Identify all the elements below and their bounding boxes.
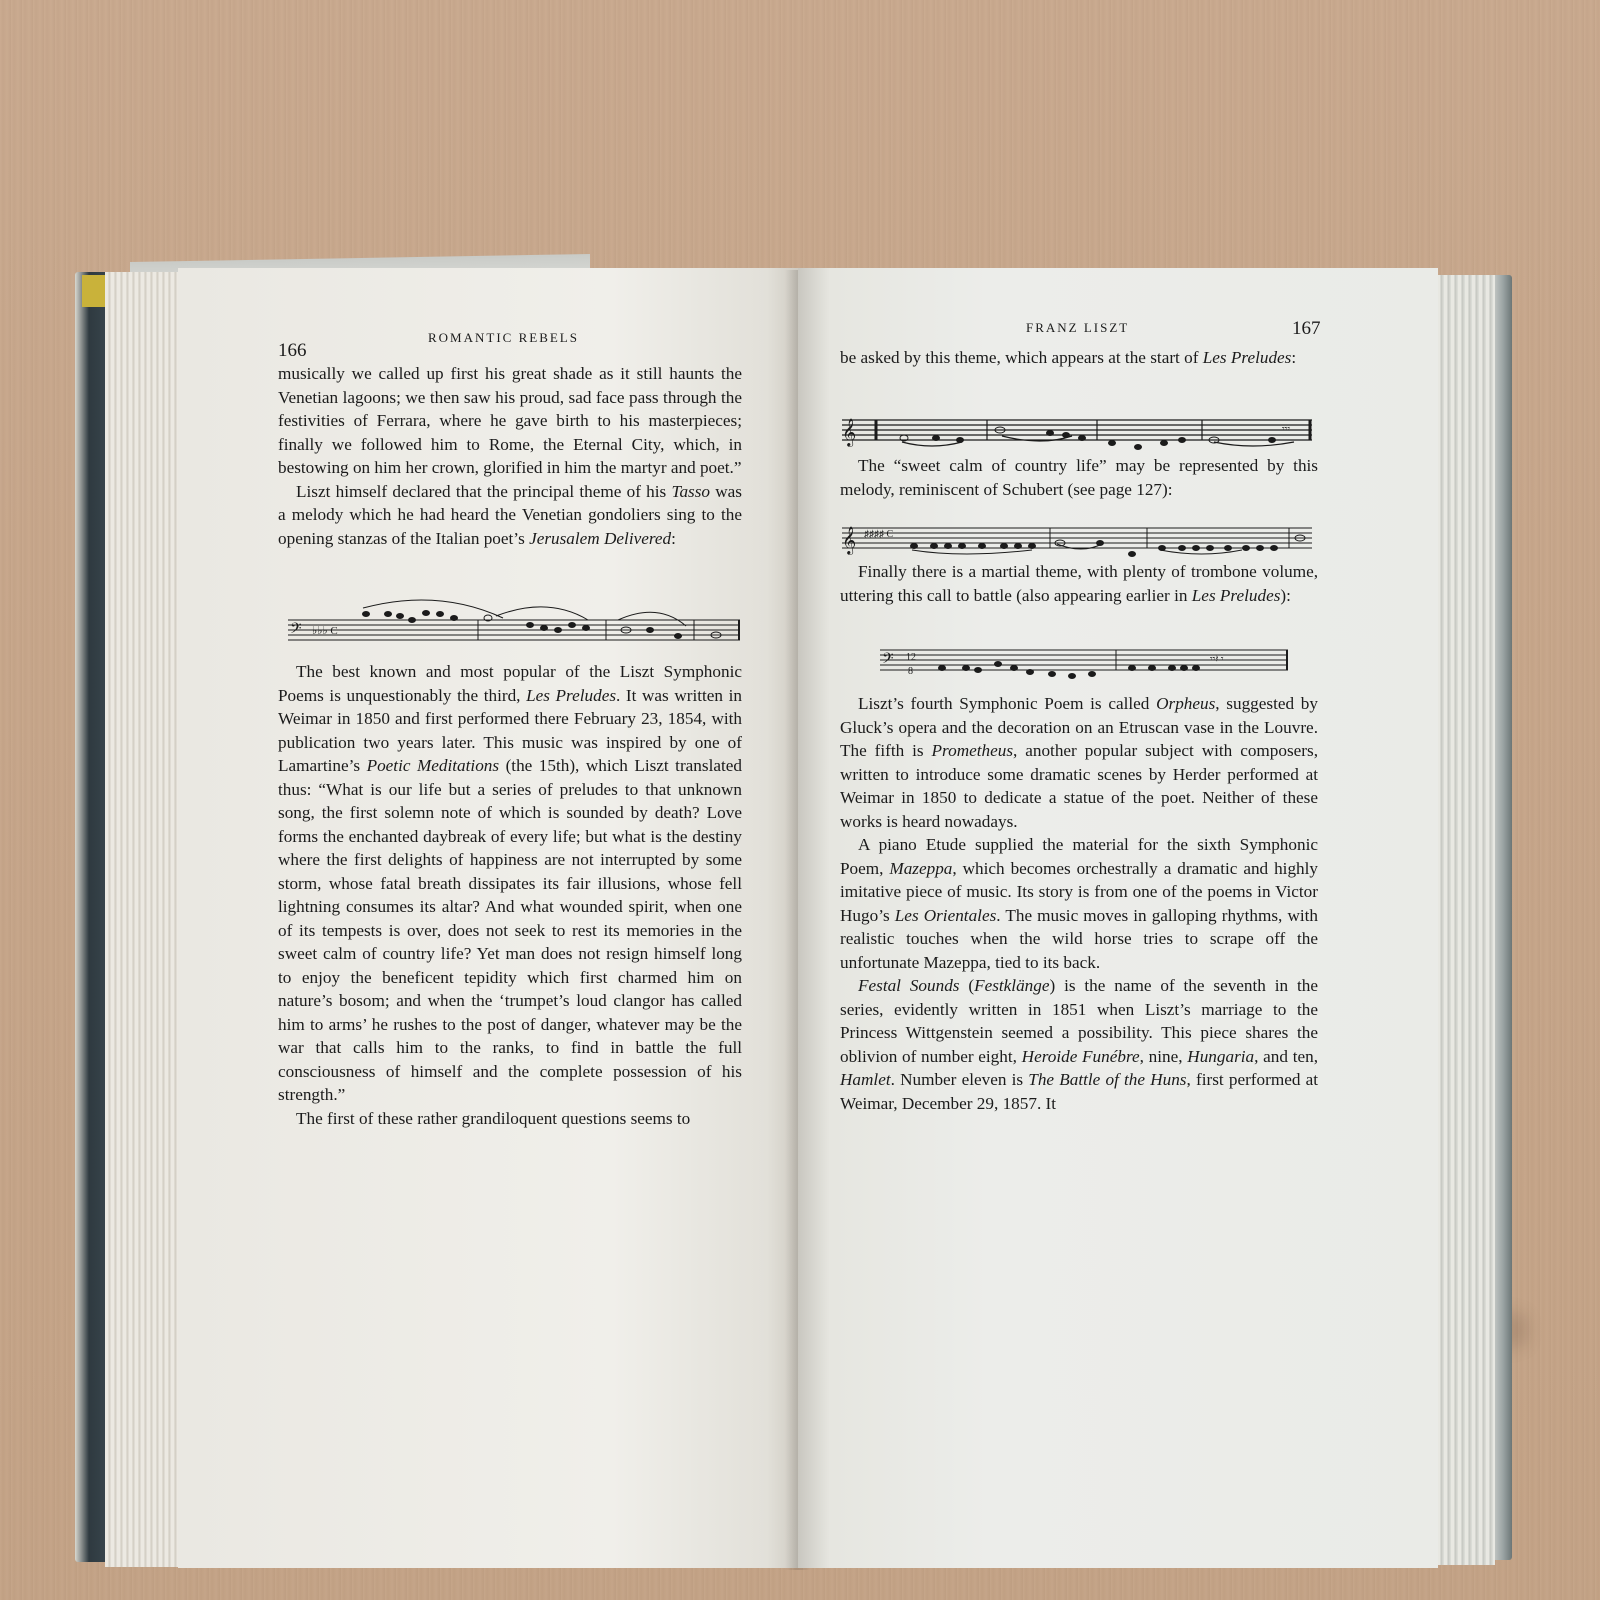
svg-text:♭♭♭ C: ♭♭♭ C (312, 625, 338, 637)
paragraph-les-preludes: The best known and most popular of the L… (278, 660, 742, 1107)
music-example-country-life: 𝄞 ♯♯♯♯ C (842, 524, 1312, 550)
svg-text:12: 12 (906, 652, 916, 663)
svg-text:𝄾𝄾𝄾: 𝄾𝄾𝄾 (1282, 424, 1290, 435)
music-example-les-preludes-opening: 𝄞 𝄾𝄾𝄾 (842, 416, 1312, 442)
page-stack-right (1430, 275, 1495, 1565)
music-example-tasso: 𝄢 ♭♭♭ C (288, 616, 740, 642)
running-head: ROMANTIC REBELS (428, 330, 579, 346)
svg-text:♯♯♯♯ C: ♯♯♯♯ C (864, 529, 894, 540)
paragraph-continuation: musically we called up first his great s… (278, 362, 742, 480)
paragraph-orpheus: Liszt’s fourth Symphonic Poem is called … (840, 692, 1318, 833)
paragraph-country-life: The “sweet calm of country life” may be … (840, 454, 1318, 501)
text-block-bottom: The best known and most popular of the L… (278, 660, 742, 1130)
paragraph-festal-sounds: Festal Sounds (Festklänge) is the name o… (840, 974, 1318, 1115)
page-stack-left (105, 272, 185, 1567)
left-page[interactable]: 166 ROMANTIC REBELS musically we called … (178, 268, 798, 1568)
paragraph-mazeppa: A piano Etude supplied the material for … (840, 833, 1318, 974)
paragraph-questions: The first of these rather grandiloquent … (278, 1107, 742, 1131)
right-page[interactable]: FRANZ LISZT 167 be asked by this theme, … (798, 268, 1438, 1568)
music-example-martial-theme: 𝄢 12 8 𝄾𝄾𝄽 𝄾 (880, 646, 1288, 672)
text-block-4: Liszt’s fourth Symphonic Poem is called … (840, 692, 1318, 1115)
svg-text:𝄾𝄾𝄽 𝄾: 𝄾𝄾𝄽 𝄾 (1210, 654, 1224, 665)
svg-text:𝄞: 𝄞 (842, 419, 856, 447)
page-number: 167 (1292, 318, 1321, 340)
svg-text:𝄢: 𝄢 (290, 620, 302, 640)
paragraph-martial-theme: Finally there is a martial theme, with p… (840, 560, 1318, 607)
paragraph-tasso: Liszt himself declared that the principa… (278, 480, 742, 551)
text-block-3: Finally there is a martial theme, with p… (840, 560, 1318, 607)
text-block-1: be asked by this theme, which appears at… (840, 346, 1318, 370)
svg-text:8: 8 (908, 666, 913, 677)
staff-notation-icon: 𝄢 ♭♭♭ C (288, 616, 740, 642)
paragraph-continuation: be asked by this theme, which appears at… (840, 346, 1318, 370)
page-number: 166 (278, 340, 307, 362)
svg-text:𝄢: 𝄢 (882, 650, 894, 670)
running-head: FRANZ LISZT (1026, 320, 1129, 336)
text-block-top: musically we called up first his great s… (278, 362, 742, 550)
text-block-2: The “sweet calm of country life” may be … (840, 454, 1318, 501)
svg-text:𝄞: 𝄞 (842, 527, 856, 555)
